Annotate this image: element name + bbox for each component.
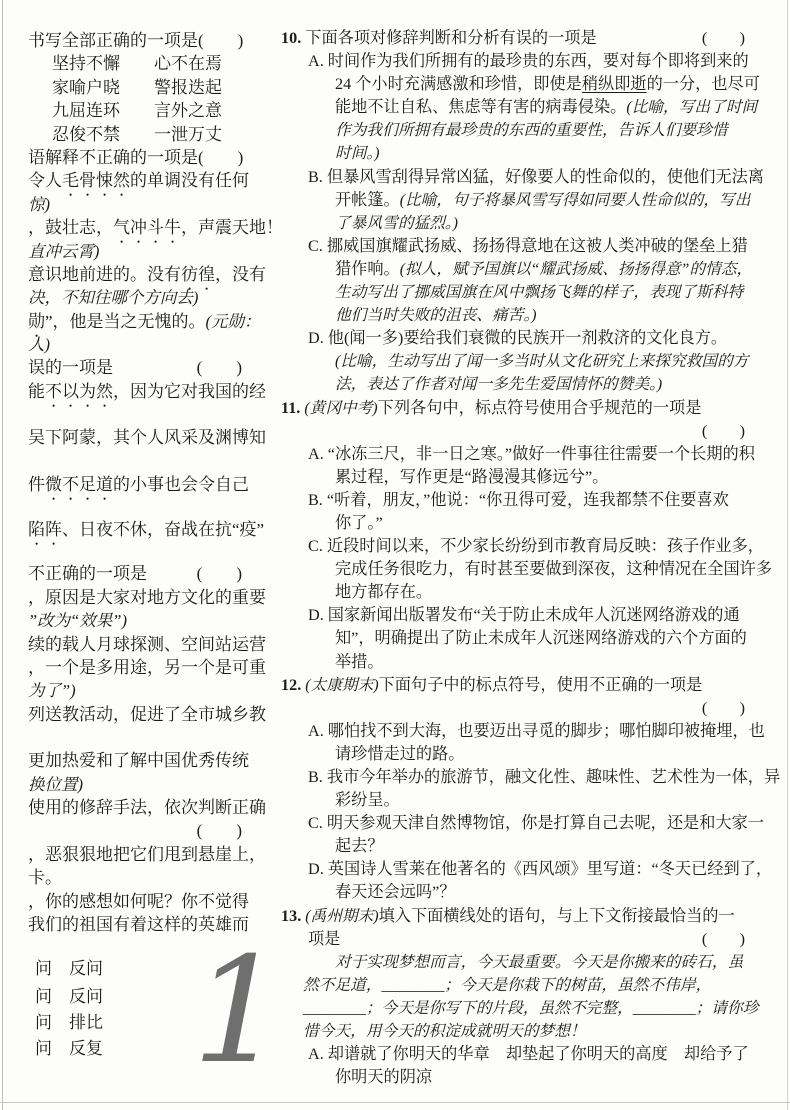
text-line: (比喻，生动写出了闻一多当时从文化研究上来探究救国的方 xyxy=(281,350,765,373)
text-segment: 春天还会远吗”？ xyxy=(335,883,456,901)
text-line: 使用的修辞手法，依次判断正确 xyxy=(28,796,262,819)
text-line: 忍俊不禁 一泄万丈 xyxy=(28,123,262,146)
text-segment: ，因为它对我国的经 xyxy=(113,382,266,401)
text-segment: 决，不知往哪个方向去) xyxy=(28,288,198,307)
page-number: 1 xyxy=(192,938,285,1084)
text-segment: 书写全部正确的一项是( ) xyxy=(28,31,243,50)
text-line: 不正确的一项是( ) xyxy=(28,562,262,585)
text-line: 起去？ xyxy=(281,835,765,858)
text-segment: 的小事也会令自己 xyxy=(113,475,249,494)
text-line: 九屈连环 言外之意 xyxy=(28,99,262,122)
text-line: 家喻户晓 警报迭起 xyxy=(28,76,262,99)
text-line: D. 英国诗人雪莱在他著名的《西风颂》里写道：“冬天已经到了， xyxy=(281,858,765,881)
text-segment: B. “听着，朋友，”他说：“你丑得可爱，连我都禁不住要喜欢 xyxy=(308,491,729,509)
text-segment: ，恶狠狠地把它们甩到悬崖上， xyxy=(28,845,266,864)
text-segment: 的一分，也尽可 xyxy=(647,75,760,93)
text-segment: 意识地前进的。没有 xyxy=(28,265,181,284)
text-line: ，一个是多用途，另一个是可重 xyxy=(28,656,262,679)
text-line: B. 但暴风雪刮得异常凶猛，好像要人的性命似的，使他们无法离 xyxy=(281,166,765,189)
answer-bracket: ( ) xyxy=(702,420,745,443)
text-line: 时间。) xyxy=(281,142,765,165)
text-segment: 能 xyxy=(28,382,45,401)
text-line: 更加热爱和了解中国优秀传统 xyxy=(28,749,262,772)
text-line: 决，不知往哪个方向去) xyxy=(28,286,262,309)
text-line: C. 明天参观天津自然博物馆，你是打算自己去呢，还是和大家一 xyxy=(281,812,765,835)
text-segment: 下面句子中的标点符号，使用不正确的一项是 xyxy=(379,676,703,694)
text-line: 彩纷呈。 xyxy=(281,789,765,812)
text-segment: 语解释不正确的一项是( ) xyxy=(28,148,243,167)
text-line: A. 哪怕找不到大海，也要迈出寻觅的脚步；哪怕脚印被掩埋，也 xyxy=(281,720,765,743)
text-segment: 忍俊不禁 一泄万丈 xyxy=(52,125,222,144)
text-line: ( ) xyxy=(28,819,262,842)
text-segment: D. 他(闻一多)要给我们衰微的民族开一剂救济的文化良方。 xyxy=(308,329,727,347)
text-line: 他们当时失败的沮丧、痛苦。) xyxy=(281,304,765,327)
text-segment: 误的一项是 xyxy=(28,358,113,377)
answer-bracket: ( ) xyxy=(702,697,745,720)
text-line: 知”，明确提出了防止未成年人沉迷网络游戏的六个方面的 xyxy=(281,627,765,650)
text-segment: 10. xyxy=(281,29,305,47)
text-line: 能地不让自私、焦虑等有害的病毒侵染。(比喻，写出了时间 xyxy=(281,96,765,119)
text-line: 直冲云霄) xyxy=(28,240,262,263)
text-line: ( ) xyxy=(281,697,765,720)
text-line: B. “听着，朋友，”他说：“你丑得可爱，连我都禁不住要喜欢 xyxy=(281,489,765,512)
text-line: ________；今天是你写下的片段，虽然不完整，________；请你珍 xyxy=(281,997,765,1020)
text-segment: C. 挪威国旗耀武扬威、扬扬得意地在这被人类冲破的堡垒上猎 xyxy=(308,237,748,255)
answer-bracket: ( ) xyxy=(197,562,242,585)
text-segment: 你了。” xyxy=(335,514,383,532)
text-segment: 惊) xyxy=(28,195,50,214)
text-segment: 直冲云霄) xyxy=(28,242,99,261)
text-segment: 24 个小时充满感激和珍惜，即使是 xyxy=(335,75,582,93)
text-segment: 13. xyxy=(281,907,305,925)
text-segment: A. 却谱就了你明天的华章 却垫起了你明天的高度 却给予了 xyxy=(308,1045,749,1063)
text-segment: 猎作响。 xyxy=(335,260,400,278)
text-segment: ，你的感想如何呢？你不觉得 xyxy=(28,892,249,911)
text-segment: 不以为然 xyxy=(45,382,113,401)
text-line: 书写全部正确的一项是( ) xyxy=(28,29,262,52)
text-line: 续的载人月球探测、空间站运营 xyxy=(28,633,262,656)
text-segment: 问 反问 xyxy=(35,959,103,978)
text-segment: 续的载人月球探测、空间站运营 xyxy=(28,635,266,654)
text-segment: (禹州期末) xyxy=(305,908,378,925)
text-segment: 11. xyxy=(281,399,304,417)
text-segment: ，没有 xyxy=(215,265,266,284)
text-line: 11. (黄冈中考)下列各句中，标点符号使用合乎规范的一项是 xyxy=(281,397,765,420)
text-line: 生动写出了挪威国旗在风中飘扬飞舞的样子，表现了斯科特 xyxy=(281,281,765,304)
text-line: ，恶狠狠地把它们甩到悬崖上， xyxy=(28,843,262,866)
answer-bracket: ( ) xyxy=(197,819,242,842)
text-segment: 、日夜不休，奋战在抗“疫” xyxy=(62,520,264,539)
text-segment: 举措。 xyxy=(335,653,384,671)
text-line: 举措。 xyxy=(281,651,765,674)
text-segment: 卡。 xyxy=(28,868,62,887)
text-line: 能不以为然，因为它对我国的经 xyxy=(28,380,262,403)
text-line: 法，表达了作者对闻一多先生爱国情怀的赞美。) xyxy=(281,373,765,396)
text-line: ，你的感想如何呢？你不觉得 xyxy=(28,890,262,913)
text-line: A. 时间作为我们所拥有的最珍贵的东西，要对每个即将到来的 xyxy=(281,50,765,73)
text-line: 累过程，写作更是“路漫漫其修远兮”。 xyxy=(281,466,765,489)
text-segment: 下面各项对修辞判断和分析有误的一项是 xyxy=(305,29,596,47)
text-segment: 你明天的阴凉 xyxy=(335,1068,432,1086)
text-segment: (比喻，生动写出了闻一多当时从文化研究上来探究救国的方 xyxy=(335,353,749,370)
text-line: ，鼓壮志，气冲斗牛，声震天地！ xyxy=(28,216,262,239)
text-segment: 下列各句中，标点符号使用合乎规范的一项是 xyxy=(378,399,702,417)
text-segment: ，原因是大家对地方文化的重要 xyxy=(28,588,266,607)
text-segment: 生动写出了挪威国旗在风中飘扬飞舞的样子，表现了斯科特 xyxy=(335,284,743,301)
text-segment: ，一个是多用途，另一个是可重 xyxy=(28,658,266,677)
text-segment: 开帐篷。 xyxy=(335,191,400,209)
text-line: 完成任务很吃力，有时甚至要做到深夜，这种情况在全国许多 xyxy=(281,558,765,581)
text-segment: 的单调没有任何 xyxy=(130,171,249,190)
text-line: 12. (太康期末)下面句子中的标点符号，使用不正确的一项是 xyxy=(281,674,765,697)
text-line: 开帐篷。(比喻，句子将暴风雪写得如同要人性命似的，写出 xyxy=(281,189,765,212)
text-segment: 对于实现梦想而言，今天最重要。今天是你搬来的砖石，虽 xyxy=(335,954,743,971)
text-segment: 问 反问 xyxy=(35,987,103,1006)
text-segment: A. “冰冻三尺，非一日之寒。”做好一件事往往需要一个长期的积 xyxy=(308,445,755,463)
text-line: B. 我市今年举办的旅游节，融文化性、趣味性、艺术性为一体，异 xyxy=(281,766,765,789)
text-segment: 能地不让自私、焦虑等有害的病毒侵染。 xyxy=(335,98,626,116)
text-line: 请珍惜走过的路。 xyxy=(281,743,765,766)
text-segment: 为了”) xyxy=(28,681,76,700)
text-segment: 毛骨悚然 xyxy=(62,171,130,190)
text-line: 列送教活动，促进了全市城乡教 xyxy=(28,703,262,726)
text-segment: ，鼓壮志， xyxy=(28,218,113,237)
text-line: 误的一项是( ) xyxy=(28,356,262,379)
text-segment: (比喻，句子将暴风雪写得如同要人性命似的，写出 xyxy=(400,192,751,209)
text-segment: 问 排比 xyxy=(35,1013,103,1032)
text-segment: 列送教活动，促进了全市城乡教 xyxy=(28,705,266,724)
text-line: 10. 下面各项对修辞判断和分析有误的一项是( ) xyxy=(281,27,765,50)
text-line: 意识地前进的。没有彷徨，没有 xyxy=(28,263,262,286)
text-segment: 知”，明确提出了防止未成年人沉迷网络游戏的六个方面的 xyxy=(335,629,747,647)
text-line: 然不足道，________；今天是你栽下的树苗，虽然不伟岸， xyxy=(281,974,765,997)
text-segment: 陷阵 xyxy=(28,520,62,539)
right-column-text: 10. 下面各项对修辞判断和分析有误的一项是( )A. 时间作为我们所拥有的最珍… xyxy=(281,27,765,1089)
text-line: 地方都存在。 xyxy=(281,581,765,604)
text-line: 令人毛骨悚然的单调没有任何 xyxy=(28,169,262,192)
text-segment: 坚持不懈 心不在焉 xyxy=(52,54,222,73)
text-segment: 人) xyxy=(28,335,50,354)
text-segment: 问 反复 xyxy=(35,1039,103,1058)
text-line: 24 个小时充满感激和珍惜，即使是稍纵即逝的一分，也尽可 xyxy=(281,73,765,96)
text-segment: 请珍惜走过的路。 xyxy=(335,745,465,763)
text-segment: 项是 xyxy=(308,930,340,948)
text-line: A. 却谱就了你明天的华章 却垫起了你明天的高度 却给予了 xyxy=(281,1043,765,1066)
text-segment: (黄冈中考) xyxy=(304,400,377,417)
text-segment: (元勋： xyxy=(206,312,261,331)
text-line: 人) xyxy=(28,333,262,356)
text-line: 春天还会远吗”？ xyxy=(281,881,765,904)
text-segment: 家喻户晓 警报迭起 xyxy=(52,78,222,97)
text-segment: ，声震天地！ xyxy=(181,218,283,237)
text-line: 勋”，他是当之无愧的。(元勋： xyxy=(28,310,262,333)
text-segment: 累过程，写作更是“路漫漫其修远兮”。 xyxy=(335,468,608,486)
text-segment: 了暴风雪的猛烈。) xyxy=(335,215,458,232)
text-line: 坚持不懈 心不在焉 xyxy=(28,52,262,75)
text-line: ，原因是大家对地方文化的重要 xyxy=(28,586,262,609)
text-segment: 时间。) xyxy=(335,145,379,162)
text-segment: 九屈连环 言外之意 xyxy=(52,101,222,120)
text-line: 对于实现梦想而言，今天最重要。今天是你搬来的砖石，虽 xyxy=(281,951,765,974)
text-line: 卡。 xyxy=(28,866,262,889)
text-segment: 吴下阿蒙，其个人风采及渊博知 xyxy=(28,428,266,447)
text-segment: 使用的修辞手法，依次判断正确 xyxy=(28,798,266,817)
text-line: 猎作响。(拟人，赋予国旗以“耀武扬威、扬扬得意”的情态， xyxy=(281,258,765,281)
text-segment: 稍纵即逝 xyxy=(582,75,647,93)
text-segment: 填入下面横线处的语句，与上下文衔接最恰当的一 xyxy=(379,907,735,925)
text-segment: (比喻，写出了时间 xyxy=(626,99,757,116)
text-segment: A. 哪怕找不到大海，也要迈出寻觅的脚步；哪怕脚印被掩埋，也 xyxy=(308,722,765,740)
text-segment: ________；今天是你写下的片段，虽然不完整，________；请你珍 xyxy=(303,1000,758,1017)
text-line: ”改为“效果”) xyxy=(28,609,262,632)
text-segment: 然不足道，________；今天是你栽下的树苗，虽然不伟岸， xyxy=(303,977,711,994)
text-line: 换位置) xyxy=(28,773,262,796)
text-line: ( ) xyxy=(281,420,765,443)
text-segment: 彷徨 xyxy=(181,265,215,284)
text-segment: (拟人，赋予国旗以“耀武扬威、扬扬得意”的情态， xyxy=(400,261,752,278)
text-segment: 起去？ xyxy=(335,837,384,855)
text-segment: 彩纷呈。 xyxy=(335,791,400,809)
text-line: 吴下阿蒙，其个人风采及渊博知 xyxy=(28,426,262,449)
text-line: 13. (禹州期末)填入下面横线处的语句，与上下文衔接最恰当的一 xyxy=(281,905,765,928)
page-right-edge xyxy=(787,0,788,1110)
text-segment: 地方都存在。 xyxy=(335,583,432,601)
text-segment: 勋 xyxy=(28,312,45,331)
text-segment: 完成任务很吃力，有时甚至要做到深夜，这种情况在全国许多 xyxy=(335,560,772,578)
text-line: 件微不足道的小事也会令自己 xyxy=(28,473,262,496)
text-segment: C. 明天参观天津自然博物馆，你是打算自己去呢，还是和大家一 xyxy=(308,814,764,832)
text-line: 作为我们所拥有最珍贵的东西的重要性，告诉人们要珍惜 xyxy=(281,119,765,142)
text-segment: D. 英国诗人雪莱在他著名的《西风颂》里写道：“冬天已经到了， xyxy=(308,860,772,878)
text-line: C. 挪威国旗耀武扬威、扬扬得意地在这被人类冲破的堡垒上猎 xyxy=(281,235,765,258)
text-segment: 作为我们所拥有最珍贵的东西的重要性，告诉人们要珍惜 xyxy=(335,122,728,139)
text-line: 为了”) xyxy=(28,679,262,702)
text-segment: 法，表达了作者对闻一多先生爱国情怀的赞美。) xyxy=(335,376,662,393)
text-segment: ”改为“效果”) xyxy=(28,611,127,630)
answer-bracket: ( ) xyxy=(197,356,242,379)
text-segment: 气冲斗牛 xyxy=(113,218,181,237)
text-line: 项是( ) xyxy=(281,928,765,951)
text-line: 惊) xyxy=(28,193,262,216)
text-line: D. 国家新闻出版署发布“关于防止未成年人沉迷网络游戏的通 xyxy=(281,604,765,627)
page-bottom-edge xyxy=(0,1102,790,1103)
text-segment: 12. xyxy=(281,676,305,694)
text-line: C. 近段时间以来，不少家长纷纷到市教育局反映：孩子作业多， xyxy=(281,535,765,558)
text-segment: 更加热爱和了解中国优秀传统 xyxy=(28,751,249,770)
answer-bracket: ( ) xyxy=(702,928,745,951)
text-line: D. 他(闻一多)要给我们衰微的民族开一剂救济的文化良方。 xyxy=(281,327,765,350)
text-segment: 惜今天，用今天的积淀成就明天的梦想！ xyxy=(303,1023,586,1040)
text-segment: D. 国家新闻出版署发布“关于防止未成年人沉迷网络游戏的通 xyxy=(308,606,740,624)
text-segment: 微不足道 xyxy=(45,475,113,494)
text-line: A. “冰冻三尺，非一日之寒。”做好一件事往往需要一个长期的积 xyxy=(281,443,765,466)
left-column-text: 书写全部正确的一项是( )坚持不懈 心不在焉家喻户晓 警报迭起九屈连环 言外之意… xyxy=(0,29,262,1061)
answer-bracket: ( ) xyxy=(702,27,745,50)
text-segment: 不正确的一项是 xyxy=(28,564,147,583)
text-segment: B. 我市今年举办的旅游节，融文化性、趣味性、艺术性为一体，异 xyxy=(308,768,780,786)
text-segment: 件 xyxy=(28,475,45,494)
text-segment: A. 时间作为我们所拥有的最珍贵的东西，要对每个即将到来的 xyxy=(308,52,749,70)
text-segment: 他们当时失败的沮丧、痛苦。) xyxy=(335,307,537,324)
text-line: 惜今天，用今天的积淀成就明天的梦想！ xyxy=(281,1020,765,1043)
text-segment: (太康期末) xyxy=(305,677,378,694)
text-line: 陷阵、日夜不休，奋战在抗“疫” xyxy=(28,518,262,541)
text-segment: B. 但暴风雪刮得异常凶猛，好像要人的性命似的，使他们无法离 xyxy=(308,168,764,186)
text-segment: C. 近段时间以来，不少家长纷纷到市教育局反映：孩子作业多， xyxy=(308,537,764,555)
text-line: 了暴风雪的猛烈。) xyxy=(281,212,765,235)
text-line: 你了。” xyxy=(281,512,765,535)
text-segment: 令人 xyxy=(28,171,62,190)
text-line: 你明天的阴凉 xyxy=(281,1066,765,1089)
text-segment: 换位置) xyxy=(28,775,83,794)
text-segment: ”，他是当之无愧的。 xyxy=(45,312,206,331)
text-line: 语解释不正确的一项是( ) xyxy=(28,146,262,169)
